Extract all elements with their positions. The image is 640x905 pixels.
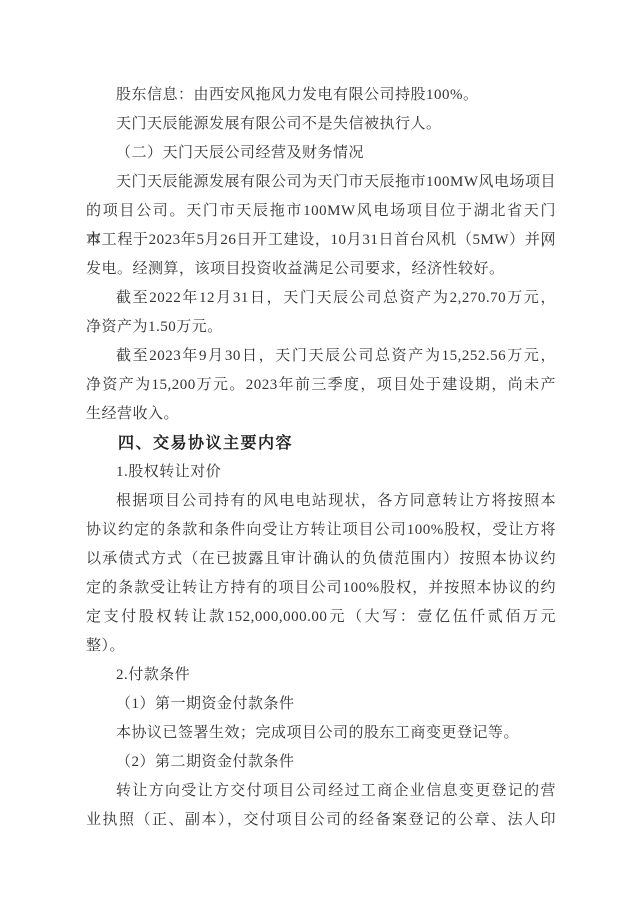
text-line: 的项目公司。天门市天辰拖市100MW风电场项目位于湖北省天门市，: [86, 197, 556, 226]
text-line: 根据项目公司持有的风电电站现状，各方同意转让方将按照本: [86, 487, 556, 516]
text-line: 生经营收入。: [86, 400, 556, 429]
text-line: 天门天辰能源发展有限公司为天门市天辰拖市100MW风电场项目: [86, 168, 556, 197]
text-line: 发电。经测算，该项目投资收益满足公司要求，经济性较好。: [86, 255, 556, 284]
text-line: 以承债式方式（在已披露且审计确认的负债范围内）按照本协议约: [86, 545, 556, 574]
text-line: （二）天门天辰公司经营及财务情况: [86, 139, 556, 168]
text-line: 天门天辰能源发展有限公司不是失信被执行人。: [86, 110, 556, 139]
text-line: 协议约定的条款和条件向受让方转让项目公司100%股权，受让方将: [86, 516, 556, 545]
text-line: （2）第二期资金付款条件: [86, 748, 556, 777]
text-line: 四、交易协议主要内容: [86, 429, 556, 458]
text-line: 截至2022年12月31日，天门天辰公司总资产为2,270.70万元，: [86, 284, 556, 313]
text-line: 1.股权转让对价: [86, 458, 556, 487]
text-line: （1）第一期资金付款条件: [86, 690, 556, 719]
text-line: 业执照（正、副本），交付项目公司的经备案登记的公章、法人印: [86, 806, 556, 835]
text-line: 整）。: [86, 632, 556, 661]
document-page: 股东信息：由西安风拖风力发电有限公司持股100%。天门天辰能源发展有限公司不是失…: [0, 0, 640, 905]
text-line: 股东信息：由西安风拖风力发电有限公司持股100%。: [86, 81, 556, 110]
text-line: 转让方向受让方交付项目公司经过工商企业信息变更登记的营: [86, 777, 556, 806]
text-line: 截至2023年9月30日，天门天辰公司总资产为15,252.56万元，: [86, 342, 556, 371]
document-content: 股东信息：由西安风拖风力发电有限公司持股100%。天门天辰能源发展有限公司不是失…: [86, 81, 556, 835]
text-line: 本工程于2023年5月26日开工建设，10月31日首台风机（5MW）并网: [86, 226, 556, 255]
text-line: 定支付股权转让款152,000,000.00元（大写：壹亿伍仟贰佰万元: [86, 603, 556, 632]
text-line: 本协议已签署生效；完成项目公司的股东工商变更登记等。: [86, 719, 556, 748]
text-line: 净资产为15,200万元。2023年前三季度，项目处于建设期，尚未产: [86, 371, 556, 400]
text-line: 净资产为1.50万元。: [86, 313, 556, 342]
text-line: 定的条款受让转让方持有的项目公司100%股权，并按照本协议的约: [86, 574, 556, 603]
text-line: 2.付款条件: [86, 661, 556, 690]
